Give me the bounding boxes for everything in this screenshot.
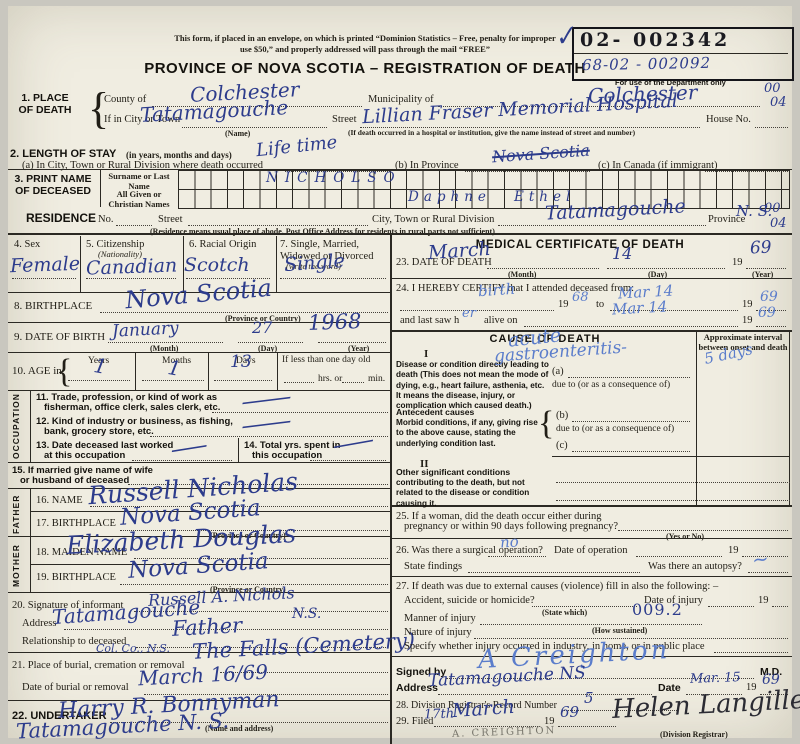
dotted-line [755, 127, 788, 128]
divider [238, 438, 239, 462]
pregnancy-label2: pregnancy or within 90 days following pr… [404, 521, 618, 533]
surname-value-handwriting: NICHOLSO [266, 172, 402, 186]
signed-year-handwriting: 69 [762, 673, 780, 687]
relationship-handwriting: Father [171, 615, 242, 640]
brace: { [538, 404, 554, 443]
year-prefix: 19 [742, 299, 753, 311]
yes-or-no-caption: (Yes or No) [666, 532, 704, 541]
to-label: to [596, 299, 604, 311]
informant-address-label: Address [22, 618, 56, 630]
year-prefix: 19 [758, 595, 769, 607]
cause-b-label: (b) [556, 410, 568, 422]
divider [696, 330, 697, 505]
street-label: Street [332, 114, 357, 126]
dotted-line [182, 127, 327, 128]
form-title: PROVINCE OF NOVA SCOTIA – REGISTRATION O… [110, 60, 620, 77]
accident-label: Accident, suicide or homicide? [404, 595, 535, 607]
birth-year-handwriting: 1968 [308, 311, 362, 334]
last-worked-dash-handwriting: — [168, 432, 210, 462]
autopsy-label: Was there an autopsy? [648, 561, 742, 573]
informant-address-province-handwriting: N.S. [292, 607, 321, 621]
trade-label2: fisherman, office clerk, sales clerk, et… [44, 403, 220, 414]
burial-county-note-handwriting: Col. Co., N.S. [96, 643, 170, 654]
dotted-line [108, 342, 223, 343]
filed-year-handwriting: 69 [560, 705, 579, 720]
cause-a-label: (a) [552, 366, 564, 378]
given-names-label: All Given or Christian Names [100, 190, 178, 210]
occupation-sidebar-label: OCCUPATION [11, 393, 21, 459]
date-of-birth-label: 9. DATE OF BIRTH [14, 331, 105, 344]
antecedent-label2: Morbid conditions, if any, giving rise t… [396, 418, 546, 449]
divider [392, 278, 792, 279]
dotted-line [86, 278, 176, 279]
dotted-line [116, 225, 152, 226]
dotted-line [318, 342, 386, 343]
attended-to-year-handwriting: 69 [760, 290, 778, 304]
divider [8, 462, 390, 463]
filed-day-handwriting: 17th [424, 707, 455, 721]
dotted-line [487, 268, 599, 269]
residence-city-label: City, Town or Rural Division [372, 214, 494, 226]
dotted-line [532, 606, 637, 607]
last-saw-year-handwriting: 69 [758, 306, 776, 320]
manner-of-injury-label: Manner of injury [404, 613, 476, 625]
how-sustained-caption: (How sustained) [592, 626, 647, 635]
dotted-line [400, 310, 554, 311]
birth-day-handwriting: 27 [252, 320, 272, 336]
dotted-line [488, 556, 546, 557]
residence-no-label: No. [98, 214, 113, 226]
divider [8, 233, 792, 235]
place-of-death-label: 1. PLACE OF DEATH [14, 92, 76, 116]
year-prefix: 19 [558, 299, 569, 311]
last-worked-label2: at this occupation [44, 451, 125, 462]
autopsy-value-handwriting: ~ [751, 548, 770, 570]
industry-dash-handwriting: — [239, 408, 294, 438]
findings-label: State findings [404, 561, 462, 573]
other-conditions-label2: contributing to the death, but not relat… [396, 478, 546, 509]
dotted-line [746, 268, 786, 269]
total-years-dash-handwriting: — [330, 427, 377, 458]
divider [789, 330, 790, 505]
mother-sidebar-label: MOTHER [11, 540, 21, 592]
dotted-line [748, 572, 788, 573]
divider [392, 538, 792, 539]
dotted-line [342, 382, 364, 383]
stamped-registration-number: 02- 002342 [580, 30, 730, 52]
dotted-line [636, 556, 722, 557]
house-no-label: House No. [706, 114, 751, 126]
dotted-line [556, 500, 790, 501]
divider [80, 236, 81, 292]
dotted-line [310, 460, 386, 461]
state-which-caption: (State which) [542, 608, 587, 617]
signed-date-handwriting: Mar. 15 [690, 671, 741, 686]
dotted-line [756, 326, 786, 327]
death-year-handwriting: 69 [750, 239, 773, 257]
divider [8, 390, 390, 391]
dotted-line [498, 225, 706, 226]
alive-on-label: alive on [484, 315, 518, 327]
dotted-line [772, 606, 788, 607]
age-label: 10. AGE in [12, 365, 62, 378]
dotted-line [558, 726, 616, 727]
dotted-line [714, 652, 788, 653]
divider [392, 576, 792, 577]
margin-code-handwriting: 04 [770, 217, 787, 230]
divider [208, 352, 209, 390]
column-divider [390, 233, 392, 744]
dotted-line [618, 530, 788, 531]
dotted-line [480, 624, 702, 625]
due-to-label2: due to (or as a consequence of) [556, 424, 674, 435]
dotted-line [188, 225, 368, 226]
birthplace-label: 8. BIRTHPLACE [14, 300, 92, 313]
dotted-line [142, 380, 204, 381]
part-one-label: I [424, 348, 428, 361]
dotted-line [68, 380, 130, 381]
street-caption: (If death occurred in a hospital or inst… [348, 129, 635, 138]
death-day-handwriting: 14 [612, 246, 632, 262]
dotted-line [556, 482, 790, 483]
margin-code-handwriting: 00 [764, 82, 781, 95]
given-name-value-handwriting: Daphne [408, 191, 491, 205]
name-caption: (Name) [225, 129, 250, 138]
birth-month-handwriting: January [112, 320, 180, 340]
dotted-line [214, 380, 272, 381]
residence-street-label: Street [158, 214, 183, 226]
print-name-label: 3. PRINT NAME OF DECEASED [8, 173, 98, 197]
hrs-label: hrs. or [318, 374, 342, 385]
operation-date-label: Date of operation [554, 545, 627, 557]
length-of-stay-sub: (in years, months and days) [126, 150, 232, 160]
cause-c-label: (c) [556, 440, 568, 452]
dotted-line [568, 377, 690, 378]
dotted-line [468, 572, 640, 573]
citizenship-value-handwriting: Canadian [86, 256, 178, 278]
age-days-handwriting: 13 [230, 354, 252, 371]
manner-code-handwriting: 009.2 [632, 602, 683, 618]
dotted-line [280, 278, 386, 279]
record-number-handwriting: 5 [584, 691, 594, 706]
racial-origin-value-handwriting: Scotch [184, 256, 250, 275]
year-prefix: 19 [742, 315, 753, 327]
handwritten-registration-number: 68-02 - 002092 [582, 56, 711, 73]
divider [276, 236, 277, 292]
brace: { [88, 84, 109, 135]
division-registrar-caption: (Division Registrar) [660, 730, 728, 739]
divider [30, 390, 31, 462]
burial-date-handwriting: March 16/69 [138, 662, 269, 689]
dotted-line [238, 342, 303, 343]
dotted-line [572, 421, 690, 422]
margin-code-handwriting: 04 [770, 96, 787, 109]
disease-label: Disease or condition directly leading to… [396, 360, 551, 411]
margin-code-handwriting: 00 [764, 202, 781, 215]
father-name-label: 16. NAME [36, 495, 83, 507]
brace: { [56, 352, 72, 391]
racial-origin-label: 6. Racial Origin [189, 239, 256, 251]
father-sidebar-label: FATHER [11, 492, 21, 536]
external-causes-label: 27. If death was due to external causes … [396, 581, 718, 593]
less-than-day-label: If less than one day old [282, 355, 370, 366]
other-conditions-label: Other significant conditions [396, 468, 510, 478]
last-saw-date-handwriting: Mar 14 [612, 300, 668, 318]
industry-label2: bank, grocery store, etc. [44, 427, 154, 438]
dotted-line [572, 451, 690, 452]
mother-birthplace-label: 19. BIRTHPLACE [36, 572, 116, 584]
due-to-label: due to (or as a consequence of) [552, 380, 670, 391]
attended-from-year-handwriting: 68 [572, 291, 589, 304]
death-month-handwriting: March [427, 240, 491, 263]
dotted-line [12, 278, 76, 279]
attended-from-handwriting: birth [478, 282, 516, 300]
marital-value-handwriting: Single [283, 252, 345, 275]
length-of-stay-label: 2. LENGTH OF STAY [10, 148, 116, 161]
dotted-line [708, 606, 754, 607]
residence-label: RESIDENCE [26, 212, 96, 226]
last-saw-label: and last saw h [400, 315, 459, 327]
sex-label: 4. Sex [14, 239, 40, 251]
death-certificate-form: This form, if placed in an envelope, on … [0, 0, 800, 744]
burial-date-label: Date of burial or removal [22, 682, 129, 694]
min-label: min. [368, 374, 385, 385]
nature-of-injury-label: Nature of injury [404, 627, 472, 639]
antecedent-label: Antecedent causes [396, 408, 474, 418]
filed-month-handwriting: March [451, 698, 515, 721]
divider [135, 352, 136, 390]
her-handwriting: er [462, 307, 476, 320]
operation-value-handwriting: no [499, 534, 519, 550]
year-prefix: 19 [732, 257, 743, 269]
divider [552, 456, 790, 457]
dotted-line [607, 268, 725, 269]
year-prefix: 19 [728, 545, 739, 557]
sex-value-handwriting: Female [10, 255, 81, 276]
